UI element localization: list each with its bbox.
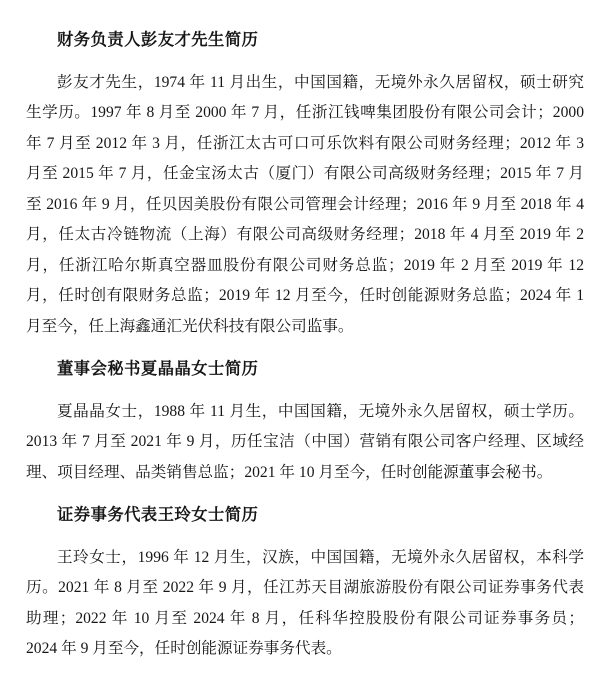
heading-cfo-resume: 财务负责人彭友才先生简历 [26,25,584,56]
document-page: 财务负责人彭友才先生简历 彭友才先生，1974 年 11 月出生，中国国籍，无境… [0,0,610,665]
text-line: 2024 年 9 月至今，任时创能源证券事务代表。 [26,634,584,665]
paragraph-board-secretary-resume: 夏晶晶女士，1988 年 11 月生，中国国籍，无境外永久居留权，硕士学历。20… [26,397,584,489]
text-line: 夏晶晶女士，1988 年 11 月生，中国国籍，无境外永久居留权，硕士学历。 [26,397,584,428]
text-line: 月至 2015 年 7 月，任金宝汤太古（厦门）有限公司高级财务经理；2015 … [26,159,584,190]
text-line: 彭友才先生，1974 年 11 月出生，中国国籍，无境外永久居留权，硕士研究 [26,68,584,99]
text-line: 王玲女士，1996 年 12 月生，汉族，中国国籍，无境外永久居留权，本科学 [26,543,584,574]
heading-board-secretary-resume: 董事会秘书夏晶晶女士简历 [26,354,584,385]
heading-securities-representative-resume: 证券事务代表王玲女士简历 [26,500,584,531]
text-line: 月，任太古冷链物流（上海）有限公司高级财务经理；2018 年 4 月至 2019… [26,220,584,251]
text-line: 理、项目经理、品类销售总监；2021 年 10 月至今，任时创能源董事会秘书。 [26,458,584,489]
text-line: 历。2021 年 8 月至 2022 年 9 月，任江苏天目湖旅游股份有限公司证… [26,573,584,604]
text-line: 生学历。1997 年 8 月至 2000 年 7 月，任浙江钱啤集团股份有限公司… [26,98,584,129]
section-cfo-resume: 财务负责人彭友才先生简历 彭友才先生，1974 年 11 月出生，中国国籍，无境… [26,25,584,342]
text-line: 2013 年 7 月至 2021 年 9 月，历任宝洁（中国）营销有限公司客户经… [26,427,584,458]
section-securities-representative-resume: 证券事务代表王玲女士简历 王玲女士，1996 年 12 月生，汉族，中国国籍，无… [26,500,584,665]
text-line: 年 7 月至 2012 年 3 月，任浙江太古可口可乐饮料有限公司财务经理；20… [26,129,584,160]
text-line: 助理；2022 年 10 月至 2024 年 8 月，任科华控股股份有限公司证券… [26,604,584,635]
section-board-secretary-resume: 董事会秘书夏晶晶女士简历 夏晶晶女士，1988 年 11 月生，中国国籍，无境外… [26,354,584,488]
paragraph-securities-representative-resume: 王玲女士，1996 年 12 月生，汉族，中国国籍，无境外永久居留权，本科学历。… [26,543,584,665]
text-line: 至 2016 年 9 月，任贝因美股份有限公司管理会计经理；2016 年 9 月… [26,190,584,221]
paragraph-cfo-resume: 彭友才先生，1974 年 11 月出生，中国国籍，无境外永久居留权，硕士研究生学… [26,68,584,343]
text-line: 月，任时创有限财务总监；2019 年 12 月至今，任时创能源财务总监；2024… [26,281,584,312]
text-line: 月至今，任上海鑫通汇光伏科技有限公司监事。 [26,312,584,343]
text-line: 月，任浙江哈尔斯真空器皿股份有限公司财务总监；2019 年 2 月至 2019 … [26,251,584,282]
